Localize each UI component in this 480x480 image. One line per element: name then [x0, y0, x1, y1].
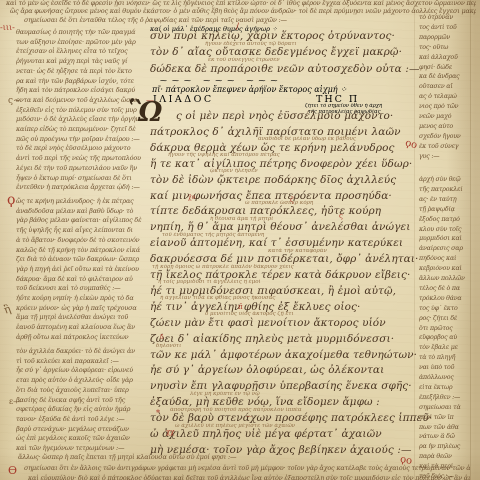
left-scholia-line: τὸν ἀχιλλέα δακρύει· τὸ δὲ ἀνώγει ἀν	[16, 347, 147, 355]
left-scholia-line: ἦε σύ γ᾽ ἀργείων ὀλοφύρεαι· εἰρωνεύ	[16, 366, 147, 374]
mark-red-slash: ∕	[236, 23, 239, 32]
left-scholia-line: βασίης δὲ ἕνεκα σφῆς ἀντὶ τοῦ τῆς	[16, 396, 147, 404]
right-scholia-line: φησί· δώδε	[419, 64, 479, 71]
left-scholia-line: βαρὺ στενάχων· μεγάλως στενάζων	[16, 425, 147, 433]
interlinear-gloss: λέγε μὴ κρύπτε ἐν τῷ νῷ	[190, 391, 452, 397]
right-scholia-line: μυρμιδόσι καὶ	[419, 235, 479, 242]
right-scholia-line: τος· οὕτω	[419, 44, 479, 51]
bottom-scholia-line: ἄλλως· ὥσπερ ἡ παῖς ἕπεται τῇ μητρὶ κλαί…	[18, 453, 243, 461]
left-scholia-line: ὡς ἐπὶ μεγάλοις κακοῖς τῶν ἀχαιῶν	[16, 434, 147, 442]
left-scholia-line: εται πρὸς αὐτὸν ὁ ἀχιλλεύς· οἶδε γὰρ	[16, 376, 147, 384]
left-scholia-line: γὰρ βάθος μέλαν φαίνεται· αἰγίλιπος δὲ	[16, 216, 147, 224]
interlinear-gloss: ἢ ἀγγελίαν τινὰ ἐκ φθίας μόνος ἤκουσας	[160, 295, 422, 301]
mark-red-delta-overline: δ̄	[160, 335, 164, 341]
right-scholia-line: σχεδόν ἤγουν	[419, 133, 479, 140]
right-scholia-line: ρος· ζήτει δὲ	[419, 315, 479, 322]
top-scholia-line: καὶ τὸ μὲν ὡς ἐσεῖδε τὸ δὲ φρεσὶν ᾗσι νό…	[6, 0, 476, 7]
right-scholia-line: ἐκ τοῦ σύνεγ	[419, 143, 479, 150]
right-scholia-line: νάτων ἃ δῶ	[419, 433, 479, 440]
verse-line: ὦ ἀχιλεῦ πηλῆος υἱὲ μέγα φέρτατ᾽ ἀχαιῶν	[150, 428, 432, 440]
right-scholia-line: ἄλλων πολλῶν	[419, 275, 479, 282]
left-scholia-line: ἀναδιδοῦσα μέλαν καὶ βαθὺ ὕδωρ· τὸ	[16, 207, 147, 215]
interlinear-gloss: ὦ ἀχιλλεῦ υἱὲ πηλέως μέγιστε τῶν ἀχαιῶν	[175, 423, 437, 429]
mark-red-asterisk: ⁎	[156, 407, 160, 415]
left-scholia-line: των αὔξησιν ἐποίησε· πρῶτον μὲν γὰρ	[16, 38, 147, 46]
left-scholia-line: πῶς οὐ προέγνω τὴν μοῖραν ἑταίρου :—	[16, 135, 147, 143]
left-scholia-line: ῥήγνυται καὶ μάχη περὶ τὰς ναῦς γί	[16, 57, 147, 65]
verse-line: τὸν δὲ ἰδὼν ᾤκτειρε ποδάρκης δῖος ἀχιλλε…	[150, 174, 432, 186]
left-scholia-line: ὥς τε κρήνη μελάνυδρος· ἡ ἐκ πέτρας	[16, 197, 147, 205]
right-scholia-line: τέλος δὲ ὁ πα	[419, 285, 479, 292]
right-scholia-line: ἀναίρεσις σαρ	[419, 245, 479, 252]
left-scholia-line: καλῶς δὲ τῇ κρήνῃ τὸν πάτροκλον εἰκά	[16, 246, 147, 254]
left-scholia-line: ρα καὶ τὴν τῶν βαρβάρων ἰσχύν, τότε	[16, 77, 147, 85]
interlinear-gloss: ἀποστροφὴ τοῦ ποιητοῦ πρὸς πάτροκλον ἱππ…	[170, 407, 432, 413]
right-scholia-line: ας ὁ τελαμώ	[419, 93, 479, 100]
right-scholia-line: κα δὲ ἄνδρας	[419, 73, 479, 80]
mark-red-sigma-small: ς	[339, 213, 343, 220]
right-scholia-line: κεβριόνου καὶ	[419, 265, 479, 272]
mark-red-triple-stroke: -ιιι-	[0, 24, 15, 32]
right-scholia-line: γυς :—	[419, 153, 479, 160]
right-scholia-line: τῇ ῥαψῳδίᾳ	[419, 206, 479, 213]
interlinear-gloss: τοῦ ἐνδύματος τῆς μητρὸς ἁπτομένη	[162, 232, 424, 238]
top-scholia-line: ὣς ἄρα φωνήσας ὤτρυνε μένος καὶ θυμὸν ἑκ…	[10, 7, 476, 15]
left-scholia-line: τοῦ δείκνυσι καὶ τὸ συμπαθές :—	[16, 284, 147, 292]
verse-line: δώδεκα δὲ προπάροιθε νεῶν αὐτοσχεδὸν οὖτ…	[150, 63, 432, 75]
right-scholia-line: τος ὑφ᾽ ἕκτο	[419, 305, 479, 312]
mark-red-title-dash: —	[146, 97, 154, 105]
left-scholia-line: ἅμα τῇ μητρὶ ἀνελέσθαι ἀνώγει τοῦ	[16, 313, 147, 321]
right-scholia-line: οὔτασεν αἴ	[419, 83, 479, 90]
right-scholia-line: ἀρχὴ σὺν θεῷ	[419, 176, 479, 183]
mark-red-koppa-omicron-bottom: ϙο	[399, 455, 413, 467]
left-scholia-line: τὶ τοῦ κελεύει καὶ παρακαλεῖ :—	[16, 357, 147, 365]
right-scholia-line: πων τῶν ἀθα	[419, 424, 479, 431]
interlinear-gloss: ἢ τοῖς μυρμιδόσι τι ἀγγέλλεις ἢ ἐμοὶ	[158, 279, 420, 285]
interlinear-gloss: ἤγουν τῆς ὑψηλῆς καὶ ἀποτόμου πέτρας	[168, 152, 430, 158]
right-scholia-line: τὸ ὀτρύναν	[419, 14, 479, 21]
book-divider-flourish: ⁓⁓⁓ ⁓⁓⁓ ⁓⁓⁓	[160, 77, 410, 85]
right-scholia-line: σημείωσαι τὰ	[419, 404, 479, 411]
left-scholia-line: ἤδη καὶ τὸν πάτροκλον εἰσάγει δακρύ	[16, 86, 147, 94]
mark-red-tilde-small: ～	[246, 415, 252, 421]
book-summary-line: πῖ· πάτροκλον ἔπεφνεν ἀρήϊον ἕκτορος αἰχ…	[152, 85, 382, 94]
mark-red-stigma: ϛ̄	[290, 197, 294, 204]
left-scholia-line: δάκρυα· ἅμα δὲ καὶ τὸ φιλέταιρον αὐ	[16, 275, 147, 283]
interlinear-gloss: ᾤκτιρεν ἠλέησεν	[210, 168, 472, 174]
right-scholia-line: τὸν ἔβαλε με	[419, 344, 479, 351]
interlinear-gloss: τῇ κόρῃ ὅμοιος ὦ πάτροκλε ἁπαλὸν δάκρυον…	[152, 264, 414, 270]
manuscript-page: καὶ τὸ μὲν ὡς ἐσεῖδε τὸ δὲ φρεσὶν ᾗσι νό…	[0, 0, 480, 480]
left-scholia-line: κρύειν μόνον· ὡς γὰρ ἡ παῖς τρέχουσα	[16, 304, 147, 312]
verse-line: ς οἱ μὲν περὶ νηὸς ἐϋσσέλμοιο μάχοντο·	[176, 110, 458, 122]
right-scholia-line: τος ἀντὶ τοῦ	[419, 24, 479, 31]
right-scholia-line: τῆς πατροκλεί	[419, 186, 479, 193]
mark-red-koppa: ϙ	[7, 193, 15, 207]
mark-red-pi-overline: π̄	[238, 304, 243, 311]
right-scholia-line: περὶ τῶν ἵπ	[419, 414, 479, 421]
mark-brown-sigma-flourish: ς~	[8, 97, 21, 106]
left-scholia-line: ἑανοῦ ἁπτομένη καὶ κλαίουσα ἕως ἂν	[16, 323, 147, 331]
verse-line: τῶν κε μάλ᾽ ἀμφοτέρων ἀκαχοίμεθα τεθνηώτ…	[150, 349, 432, 361]
right-scholia-line: καὶ ἀλλαχοῦ	[419, 54, 479, 61]
verse-line: ζώειν μὰν ἔτι φασὶ μενοίτιον ἄκτορος υἱό…	[150, 317, 432, 329]
right-scholia-line: τρόκλου θάνα	[419, 295, 479, 302]
right-scholia-line: τὰ τὸ πληγῆ	[419, 354, 479, 361]
verse-line: ἦε σύ γ᾽ ἀργείων ὀλοφύρεαι, ὡς ὀλέκονται	[150, 364, 432, 376]
right-scholia-line: ὅτι πρῶτος	[419, 325, 479, 332]
left-scholia-line: τῆς ὑψηλῆς ἧς καὶ αἶγες λείπονται δι	[16, 226, 147, 234]
left-scholia-line: θαυμασίως ὁ ποιητὴς τὴν τῶν πραγμά	[16, 28, 147, 36]
left-scholia-line: ζει διὰ τὸ ἀέναον τῶν δακρύων· ὥσπερ	[16, 255, 147, 263]
left-scholia-line: ἐντεῦθεν ἡ πατρόκλεια ἄρχεται ᾠδή :—	[16, 183, 147, 191]
left-scholia-line: ἐτείχισαν οἱ ἕλληνες εἶτα τὸ τεῖχος	[16, 47, 147, 55]
right-scholia-line: ναι ὑπὸ τοῦ	[419, 364, 479, 371]
right-scholia-line: μενος αὐτο	[419, 123, 479, 130]
left-scholia-line: ἀντὶ τοῦ περὶ τῆς νεὼς τῆς πρωτοπλόου	[16, 154, 147, 162]
mark-red-double-chi: χχ	[166, 429, 174, 436]
right-scholia-line: παρὰ θεῶν	[419, 453, 479, 460]
right-scholia-line: νιος πρὸ τῶν	[419, 103, 479, 110]
left-scholia-line: τὸ δὲ περὶ νηὸς ἐϋσσέλμοιο μάχοντο	[16, 144, 147, 152]
right-scholia-line: ἀπόλλωνος	[419, 374, 479, 381]
interlinear-gloss: δηλονότι	[156, 343, 418, 349]
right-scholia-line: εἶτα ἕκτωρ	[419, 384, 479, 391]
left-scholia-line: τανον· ἐξαύδα δὲ ἀντὶ τοῦ λέγε :—	[16, 415, 147, 423]
mark-brown-eta-flourish: ἢ	[2, 303, 12, 316]
left-scholia-line: ἠΰτε κούρη νηπίη· ἡ εἰκὼν πρὸς τὸ δα	[16, 294, 147, 302]
right-scholia-line: εὔφορβος αὐ	[419, 334, 479, 341]
mark-red-theta-bottom: ϴ	[8, 465, 17, 476]
left-scholia-line: καὶ τῶν ἡγεμόνων τετρωμένων :—	[16, 444, 147, 452]
right-scholia-line: παρορμῶν	[419, 34, 479, 41]
left-scholia-line: γὰρ ἡ πηγὴ ἀεὶ ῥεῖ οὕτω καὶ τὰ ἐκείνου	[16, 265, 147, 273]
left-scholia-line: ἧψεν ὁ ἕκτωρ πυρί· σημείωσαι δὲ ὅτι	[16, 174, 147, 182]
left-scholia-line: ὰ τὸ ἄβατον· δνοφερὸν δὲ τὸ σκοτεινόν	[16, 236, 147, 244]
right-scholia-line: ρα ἦν πηλέως	[419, 443, 479, 450]
bottom-scholia-line: καὶ εὐρυπύλου· διὸ καὶ ὁ πάτροκλος ὀδύρε…	[28, 474, 470, 480]
left-scholia-line: ὅτι διὰ τοὺς ἀχαιοὺς λυπεῖται· ὑπερ	[16, 386, 147, 394]
mark-red-chi-omicron: χ̄ο	[188, 195, 195, 201]
right-scholia-line: ας· ἐν ταύτῃ	[419, 196, 479, 203]
right-scholia-line: νεῶν μαχό	[419, 113, 479, 120]
left-scholia-line: νεται· ὡς δὲ ηὔξησε τὰ περὶ τὸν ἕκτο	[16, 67, 147, 75]
right-scholia-line: ἐπεξῆλθεν :—	[419, 394, 479, 401]
right-scholia-line: κλου σὺν τοῖς	[419, 226, 479, 233]
right-scholia-line: πηδόνος καὶ	[419, 255, 479, 262]
right-scholia-line: ἔξοδος πατρό	[419, 216, 479, 223]
mark-brown-epsilon-dash: ε—	[9, 398, 21, 406]
book-title-iliados: ΙΛΙΑΔΟϹ	[153, 94, 273, 105]
left-scholia-line: ἀρθῇ οὕτω καὶ πάτροκλος ἱκετεύων	[16, 333, 147, 341]
left-scholia-line: σφετέρας ἀδικίας ἣν εἰς αὐτὸν ἡμάρ	[16, 405, 147, 413]
top-scholia-line: σημείωσαι δὲ ὅτι ἐνταῦθα τέλος τῆς ο̄ ῥα…	[24, 16, 414, 24]
left-scholia-line: λέγει δὲ τὴν τοῦ πρωτεσιλάου ναῦν ἣν	[16, 164, 147, 172]
